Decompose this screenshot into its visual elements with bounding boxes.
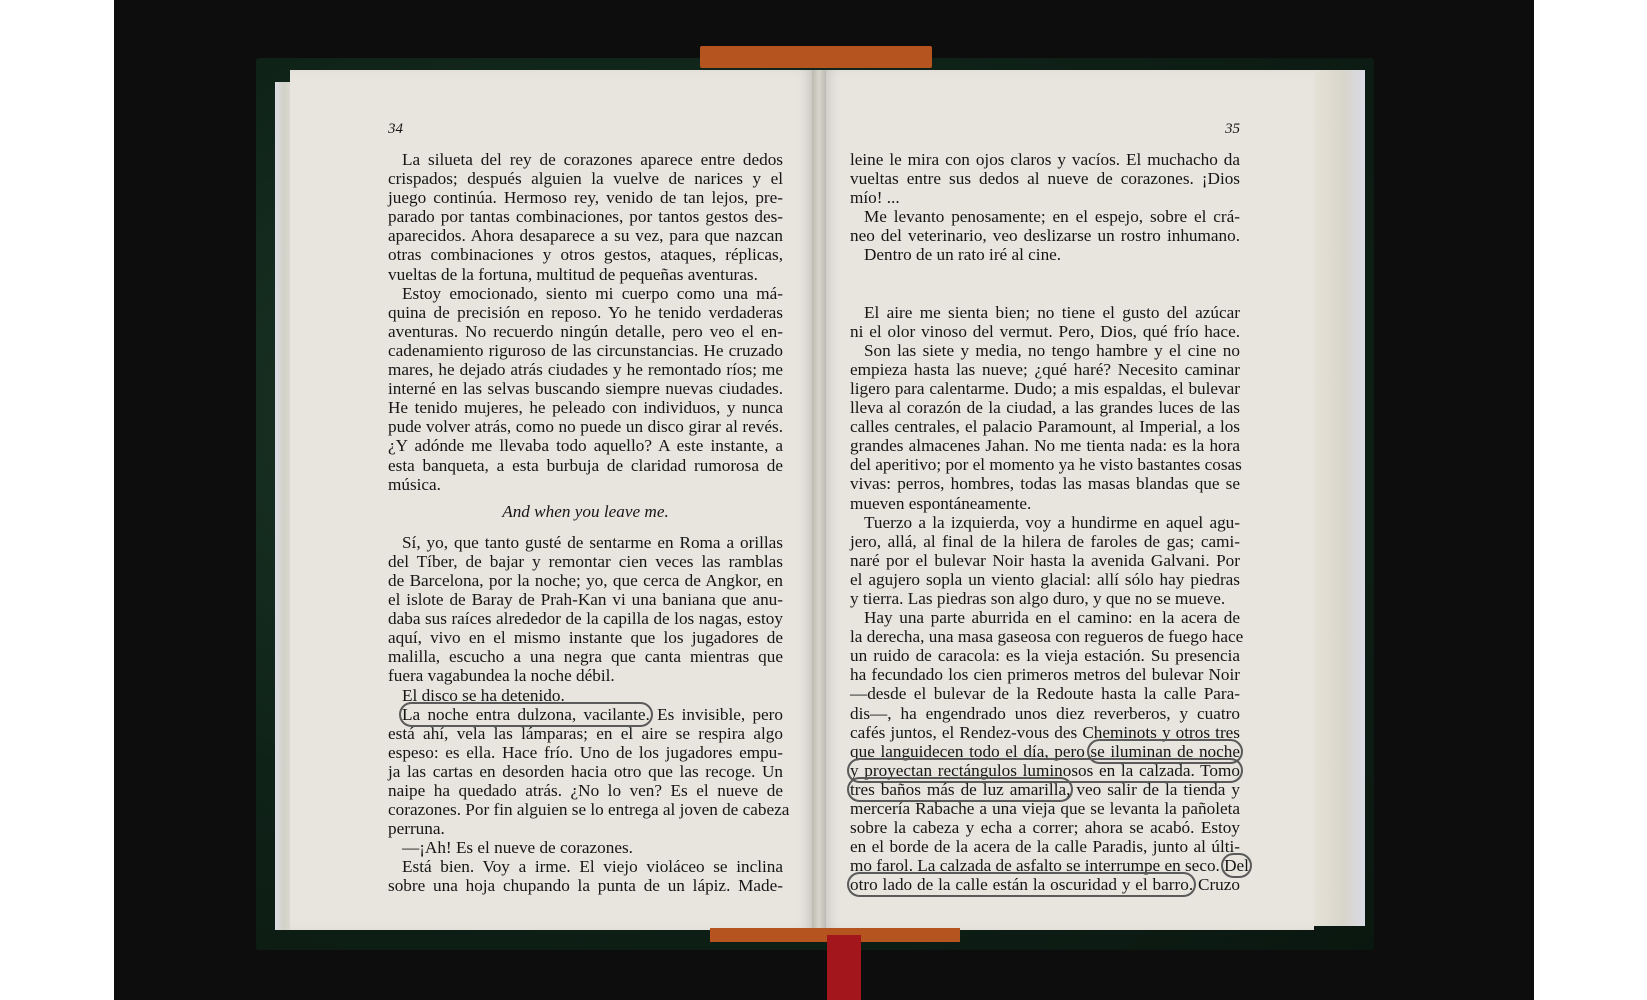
text-line: y proyectan rectángulos luminosos en la …	[850, 761, 1240, 780]
text-line: juego continúa. Hermoso rey, venido de t…	[388, 188, 783, 207]
pencil-circled-passage: tres baños más de luz amarilla,	[850, 780, 1070, 799]
text-line: empieza hasta las nueve; ¿qué haré? Nece…	[850, 360, 1240, 379]
text-line: La silueta del rey de corazones aparece …	[388, 150, 783, 169]
text-line: ja las cartas en desorden hacia otro que…	[388, 762, 783, 781]
text-line: cadenamiento riguroso de las circunstanc…	[388, 341, 783, 360]
page-number: 35	[850, 120, 1240, 150]
text-line: grandes almacenes Jahan. No me tienta na…	[850, 436, 1240, 455]
text-line: ni el olor vinoso del vermut. Pero, Dios…	[850, 322, 1240, 341]
text-line: mares, he dejado atrás ciudades y he rem…	[388, 360, 783, 379]
text-line: leine le mira con ojos claros y vacíos. …	[850, 150, 1240, 169]
text-line: interné en las selvas buscando siempre n…	[388, 379, 783, 398]
pencil-circled-passage: La noche entra dulzona, vacilante.	[402, 705, 650, 724]
text-line: del Tíber, de bajar y remontar cien vece…	[388, 552, 783, 571]
text-line: Son las siete y media, no tengo hambre y…	[850, 341, 1240, 360]
text-line: la derecha, una masa gaseosa con reguero…	[850, 627, 1240, 646]
pencil-circled-passage: y proyectan rectángulos luminosos en la …	[850, 761, 1240, 780]
pencil-circled-passage: se iluminan de noche	[1090, 742, 1240, 761]
text-line: vivas: perros, hombres, todas las masas …	[850, 474, 1240, 493]
text-line: Dentro de un rato iré al cine.	[850, 245, 1240, 264]
text-line: He tenido mujeres, he peleado con indivi…	[388, 398, 783, 417]
text-line: calles centrales, el palacio Paramount, …	[850, 417, 1240, 436]
text-line: Estoy emocionado, siento mi cuerpo como …	[388, 284, 783, 303]
section-break	[850, 265, 1240, 303]
text-line: malilla, escucho a una negra que canta m…	[388, 647, 783, 666]
text-line: naré por el bulevar Noir hasta la avenid…	[850, 551, 1240, 570]
text-line: El disco se ha detenido.	[388, 686, 783, 705]
text-line: parado por tantas combinaciones, por tan…	[388, 207, 783, 226]
text-line: Tuerzo a la izquierda, voy a hundirme en…	[850, 513, 1240, 532]
text-line: La noche entra dulzona, vacilante. Es in…	[388, 705, 783, 724]
text-line: daba sus raíces alrededor de la capilla …	[388, 609, 783, 628]
left-page-text-continued: Sí, yo, que tanto gusté de sentarme en R…	[388, 533, 783, 896]
text-line: espeso: es ella. Hace frío. Uno de los j…	[388, 743, 783, 762]
text-line: aventuras. No recuerdo ningún detalle, p…	[388, 322, 783, 341]
bookmark-ribbon	[827, 935, 861, 1000]
text-line: aquí, vivo en el mismo instante que los …	[388, 628, 783, 647]
page-number: 34	[388, 120, 783, 150]
text-line: otras combinaciones y otros gestos, ataq…	[388, 245, 783, 264]
text-line: está ahí, vela las lámparas; en el aire …	[388, 724, 783, 743]
pencil-circled-passage: otro lado de la calle están la oscuridad…	[850, 875, 1193, 894]
text-line: aparecidos. Ahora desaparece a su vez, p…	[388, 226, 783, 245]
text-line: ha fecundado los cien primeros metros de…	[850, 665, 1240, 684]
headband-top	[700, 46, 932, 68]
text-line: mercería Rabache a una vieja que se leva…	[850, 799, 1240, 818]
text-line: y tierra. Las piedras son algo duro, y q…	[850, 589, 1240, 608]
text-line: ligero para calentarme. Dudo; a mis espa…	[850, 379, 1240, 398]
right-page-text: leine le mira con ojos claros y vacíos. …	[850, 150, 1240, 265]
text-line: mo farol. La calzada de asfalto se inter…	[850, 856, 1240, 875]
text-line: —¡Ah! Es el nueve de corazones.	[388, 838, 783, 857]
text-line: naipe ha quedado atrás. ¿No lo ven? Es e…	[388, 781, 783, 800]
text-line: cafés juntos, el Rendez-vous des Chemino…	[850, 723, 1240, 742]
text-line: —desde el bulevar de la Redoute hasta la…	[850, 684, 1240, 703]
text-line: vueltas de la fortuna, multitud de peque…	[388, 265, 783, 284]
text-line: quina de precisión en reposo. Yo he teni…	[388, 303, 783, 322]
right-page: 35 leine le mira con ojos claros y vacío…	[820, 70, 1314, 930]
text-line: Hay una parte aburrida en el camino: en …	[850, 608, 1240, 627]
text-line: Sí, yo, que tanto gusté de sentarme en R…	[388, 533, 783, 552]
text-line: jero, allá, al final de la hilera de far…	[850, 532, 1240, 551]
text-line: tres baños más de luz amarilla, veo sali…	[850, 780, 1240, 799]
text-line: vueltas entre sus dedos al nueve de cora…	[850, 169, 1240, 188]
text-line: del aperitivo; por el momento ya he vist…	[850, 455, 1240, 474]
text-line: sobre una hoja chupando la punta de un l…	[388, 876, 783, 895]
page-edges-right	[1313, 70, 1365, 926]
text-line: de Barcelona, por la noche; yo, que cerc…	[388, 571, 783, 590]
pencil-circled-passage: Del	[1224, 856, 1249, 875]
text-line: Está bien. Voy a irme. El viejo violáceo…	[388, 857, 783, 876]
right-page-text-continued: El aire me sienta bien; no tiene el gust…	[850, 303, 1240, 895]
text-line: el islote de Baray de Prah-Kan vi una ba…	[388, 590, 783, 609]
text-line: neo del veterinario, veo deslizarse un r…	[850, 226, 1240, 245]
text-line: en el borde de la acera de la calle Para…	[850, 837, 1240, 856]
text-line: que languidecen todo el día, pero se ilu…	[850, 742, 1240, 761]
text-line: fuera vagabundea la noche débil.	[388, 666, 783, 685]
text-line: lleva al corazón de la ciudad, a las gra…	[850, 398, 1240, 417]
text-line: El aire me sienta bien; no tiene el gust…	[850, 303, 1240, 322]
text-line: ¿Y adónde me llevaba todo aquello? A est…	[388, 436, 783, 455]
text-line: pude volver atrás, como no puede un disc…	[388, 417, 783, 436]
left-page-text: La silueta del rey de corazones aparece …	[388, 150, 783, 494]
text-line: Me levanto penosamente; en el espejo, so…	[850, 207, 1240, 226]
left-page: 34 La silueta del rey de corazones apare…	[290, 70, 817, 930]
text-line: música.	[388, 475, 783, 494]
text-line: un ruido de caracola: es la vieja estaci…	[850, 646, 1240, 665]
text-line: el agujero sopla un viento glacial: allí…	[850, 570, 1240, 589]
text-line: mío! ...	[850, 188, 1240, 207]
text-line: mueven espontáneamente.	[850, 494, 1240, 513]
text-line: perruna.	[388, 819, 783, 838]
text-line: crispados; después alguien la vuelve de …	[388, 169, 783, 188]
text-line: corazones. Por fin alguien se lo entrega…	[388, 800, 783, 819]
epigraph: And when you leave me.	[388, 502, 783, 521]
text-line: otro lado de la calle están la oscuridad…	[850, 875, 1240, 894]
text-line: esta banqueta, a esta burbuja de clarida…	[388, 456, 783, 475]
book-gutter	[812, 70, 826, 930]
text-line: dis—, ha engendrado unos diez reverberos…	[850, 704, 1240, 723]
text-line: sobre la cabeza y echa a correr; ahora s…	[850, 818, 1240, 837]
